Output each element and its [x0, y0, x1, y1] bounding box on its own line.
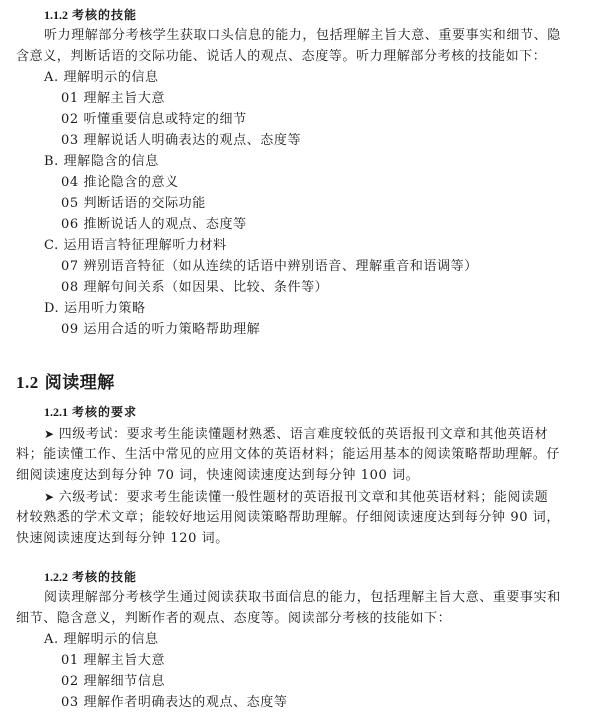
subsection-title: 考核的技能: [72, 570, 137, 584]
subsection-number: 1.2.2: [44, 570, 68, 584]
category-label: C. 运用语言特征理解听力材料: [44, 237, 227, 255]
section-title: 阅读理解: [45, 373, 115, 393]
paragraph-line: 材较熟悉的学术文章；能较好地运用阅读策略帮助理解。仔细阅读速度达到每分钟 90 …: [16, 509, 560, 527]
list-item: 03 理解说话人明确表达的观点、态度等: [61, 132, 301, 150]
category-label: A. 理解明示的信息: [44, 631, 159, 649]
bullet-paragraph-cet4: ➤四级考试：要求考生能读懂题材熟悉、语言难度较低的英语报刊文章和其他英语材: [44, 425, 548, 444]
list-item: 01 理解主旨大意: [61, 90, 165, 108]
paragraph-line: 四级考试：要求考生能读懂题材熟悉、语言难度较低的英语报刊文章和其他英语材: [59, 427, 549, 442]
paragraph-line: 细节、隐含意义，判断作者的观点、态度等。阅读部分考核的技能如下：: [16, 610, 451, 628]
list-item: 09 运用合适的听力策略帮助理解: [61, 321, 260, 339]
paragraph-line: 听力理解部分考核学生获取口头信息的能力，包括理解主旨大意、重要事实和细节、隐: [44, 27, 561, 45]
subsection-heading-1-2-1: 1.2.1考核的要求: [44, 403, 137, 421]
category-label: A. 理解明示的信息: [44, 69, 159, 87]
arrow-bullet-icon: ➤: [44, 488, 55, 506]
paragraph-line: 阅读理解部分考核学生通过阅读获取书面信息的能力，包括理解主旨大意、重要事实和: [44, 589, 561, 607]
subsection-number: 1.1.2: [44, 8, 68, 22]
bullet-paragraph-cet6: ➤六级考试：要求考生能读懂一般性题材的英语报刊文章和其他英语材料；能阅读题: [44, 488, 548, 507]
subsection-title: 考核的要求: [72, 405, 137, 419]
subsection-number: 1.2.1: [44, 405, 68, 419]
list-item: 06 推断说话人的观点、态度等: [61, 216, 247, 234]
subsection-title: 考核的技能: [72, 8, 137, 22]
list-item: 07 辨别语音特征（如从连续的话语中辨别语音、理解重音和语调等）: [61, 258, 478, 276]
list-item: 03 理解作者明确表达的观点、态度等: [61, 694, 287, 712]
category-label: D. 运用听力策略: [44, 300, 146, 318]
section-heading-1-2: 1.2阅读理解: [16, 372, 115, 394]
subsection-heading-1-2-2: 1.2.2考核的技能: [44, 568, 137, 586]
paragraph-line: 快速阅读速度达到每分钟 120 词。: [16, 530, 229, 548]
list-item: 04 推论隐含的意义: [61, 174, 179, 192]
category-label: B. 理解隐含的信息: [44, 153, 159, 171]
list-item: 02 听懂重要信息或特定的细节: [61, 111, 247, 129]
list-item: 05 判断话语的交际功能: [61, 195, 206, 213]
paragraph-line: 含意义，判断话语的交际功能、说话人的观点、态度等。听力理解部分考核的技能如下：: [16, 48, 546, 66]
list-item: 02 理解细节信息: [61, 673, 165, 691]
paragraph-line: 细阅读速度达到每分钟 70 词，快速阅读速度达到每分钟 100 词。: [16, 467, 419, 485]
paragraph-line: 六级考试：要求考生能读懂一般性题材的英语报刊文章和其他英语材料；能阅读题: [59, 490, 549, 505]
list-item: 08 理解句间关系（如因果、比较、条件等）: [61, 279, 328, 297]
list-item: 01 理解主旨大意: [61, 652, 165, 670]
arrow-bullet-icon: ➤: [44, 425, 55, 443]
section-number: 1.2: [16, 373, 39, 392]
paragraph-line: 料；能读懂工作、生活中常见的应用文体的英语材料；能运用基本的阅读策略帮助理解。仔: [16, 446, 560, 464]
subsection-heading-1-1-2: 1.1.2考核的技能: [44, 6, 137, 24]
